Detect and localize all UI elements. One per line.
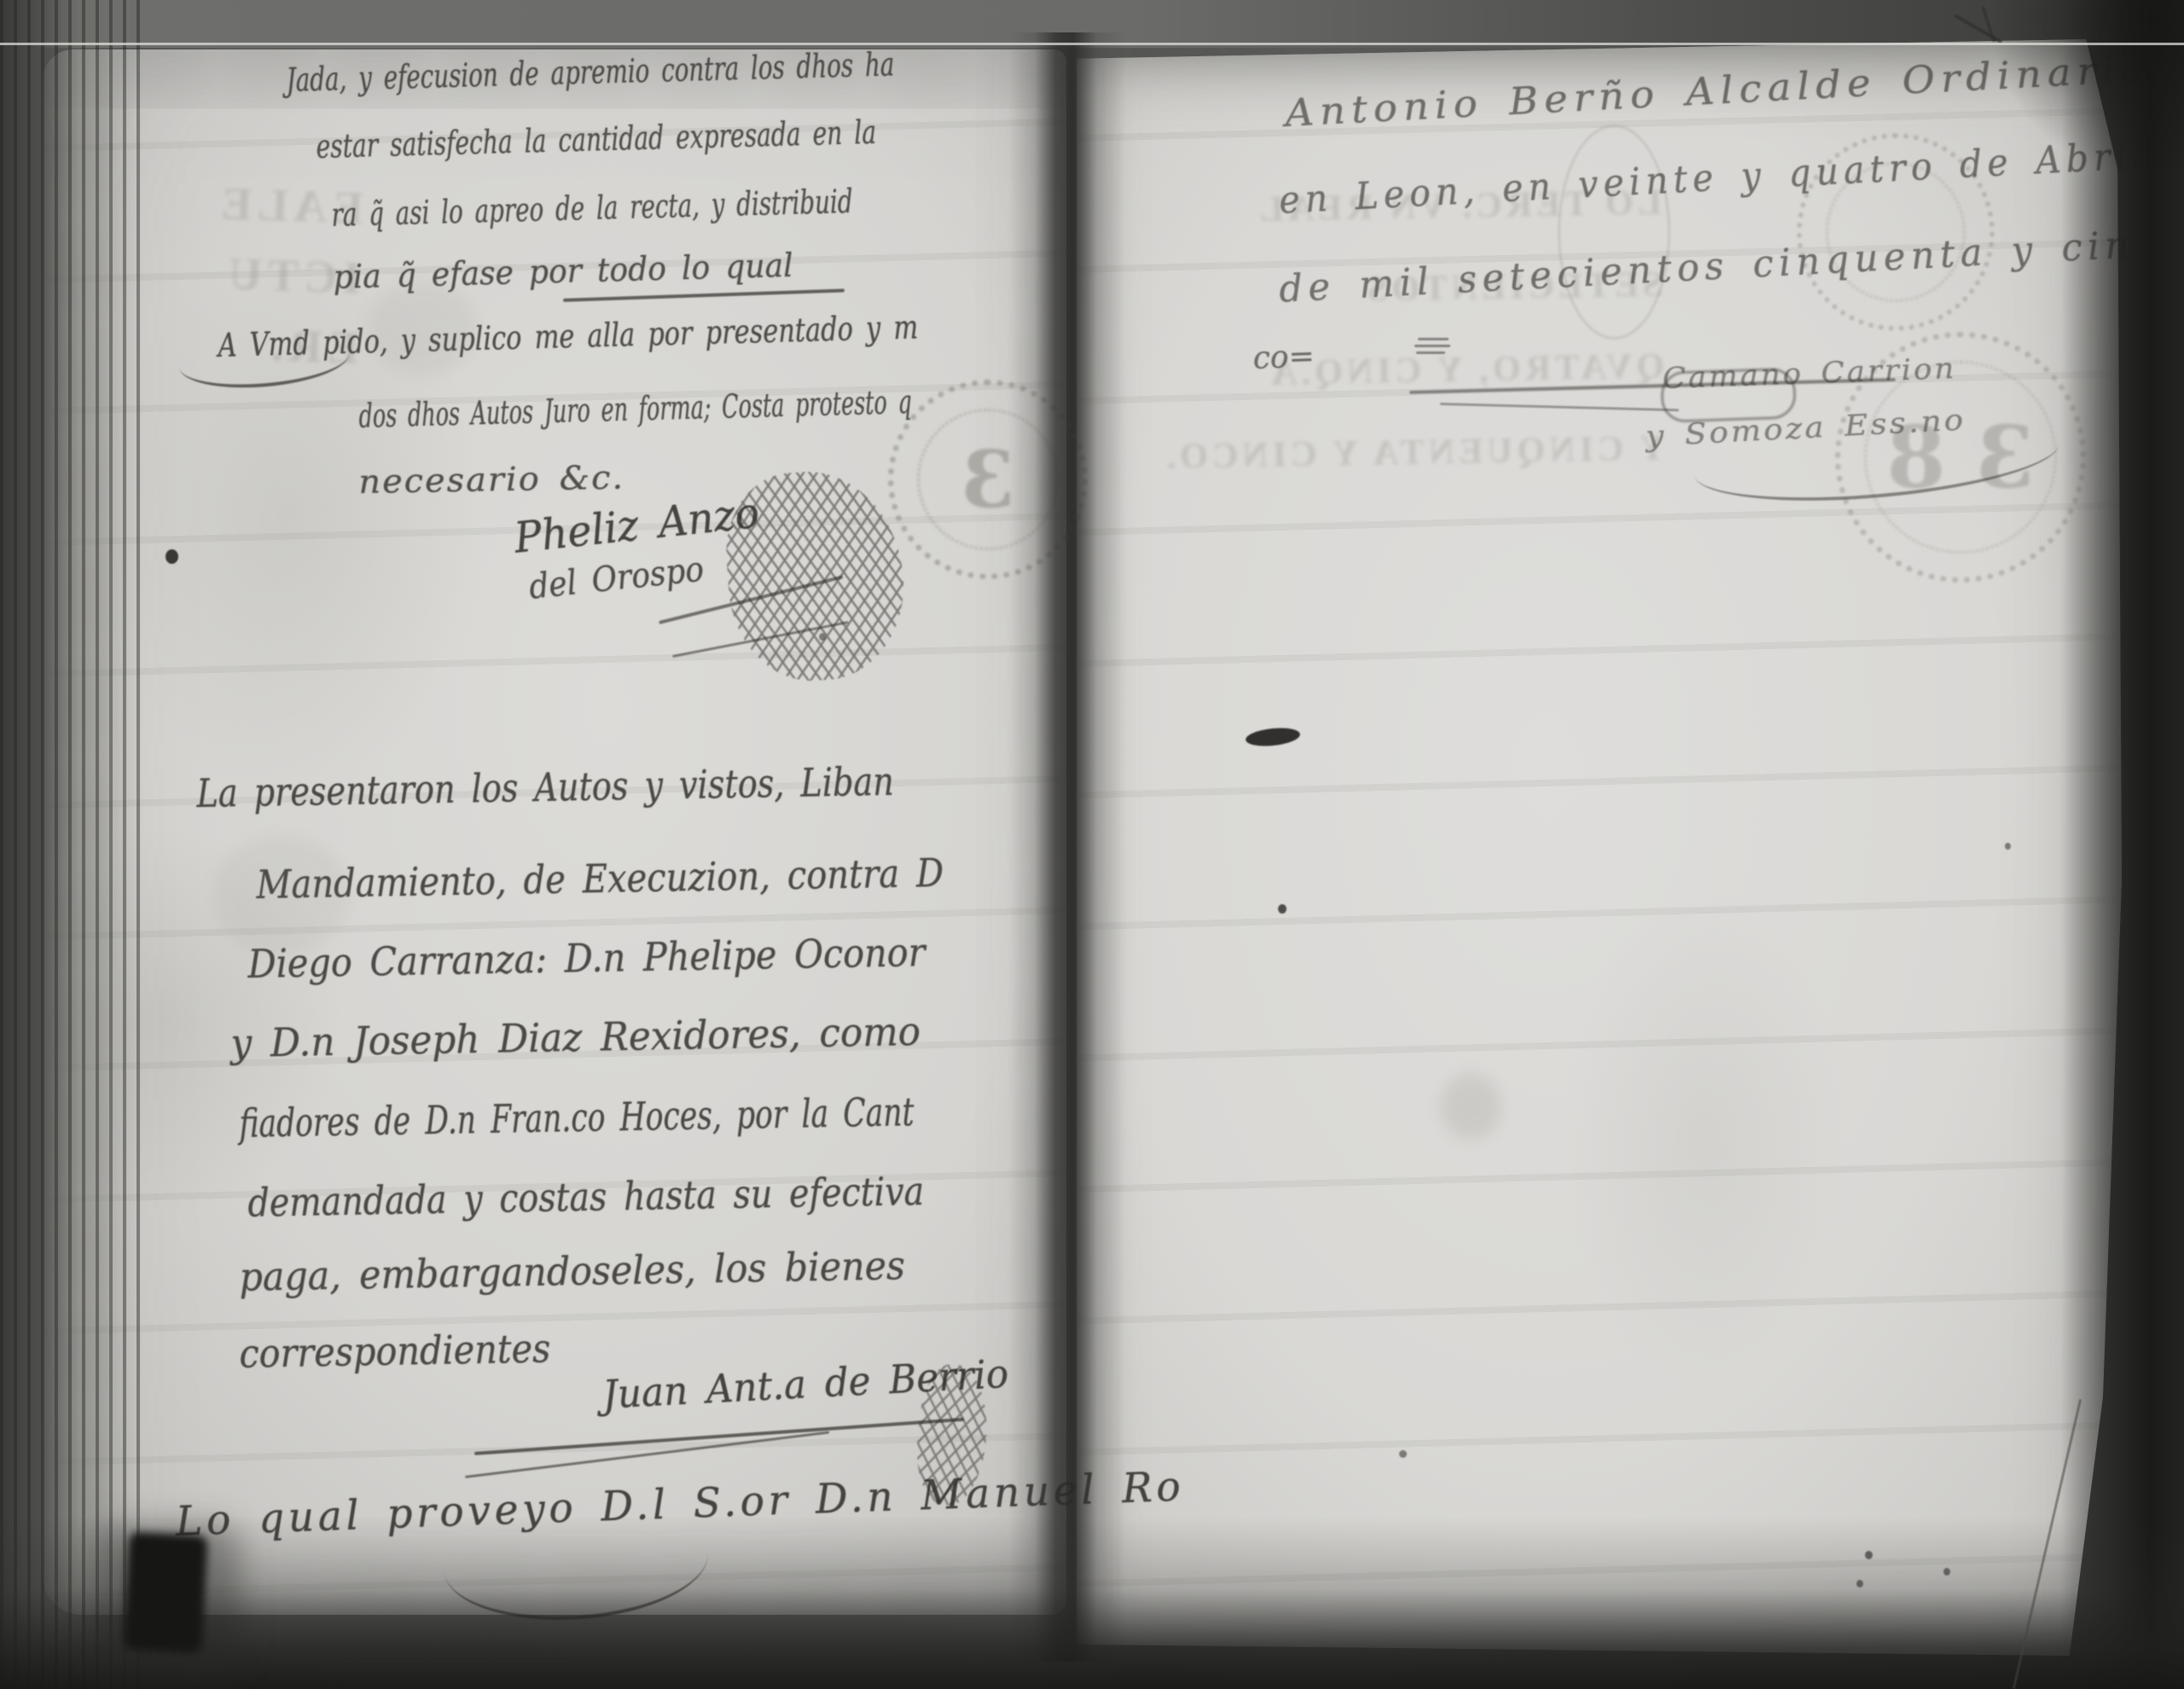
- paper-stain: [1440, 1073, 1501, 1140]
- scan-artifact-white-line: [0, 43, 2184, 45]
- top-right-corner-shadow: [1988, 0, 2184, 179]
- paper-stain: [213, 836, 350, 955]
- bottom-left-ink-blob: [123, 1532, 207, 1654]
- book-gutter-shadow: [1008, 32, 1126, 1662]
- manuscript-scan-stage: Grayscale microfilm scan of a two-page 1…: [0, 0, 2184, 1689]
- left-binding-edge: [0, 0, 143, 1689]
- right-scan-edge-shadow: [2061, 0, 2184, 1689]
- bottom-scan-edge-shadow: [0, 1517, 2184, 1689]
- paper-stain: [367, 281, 478, 375]
